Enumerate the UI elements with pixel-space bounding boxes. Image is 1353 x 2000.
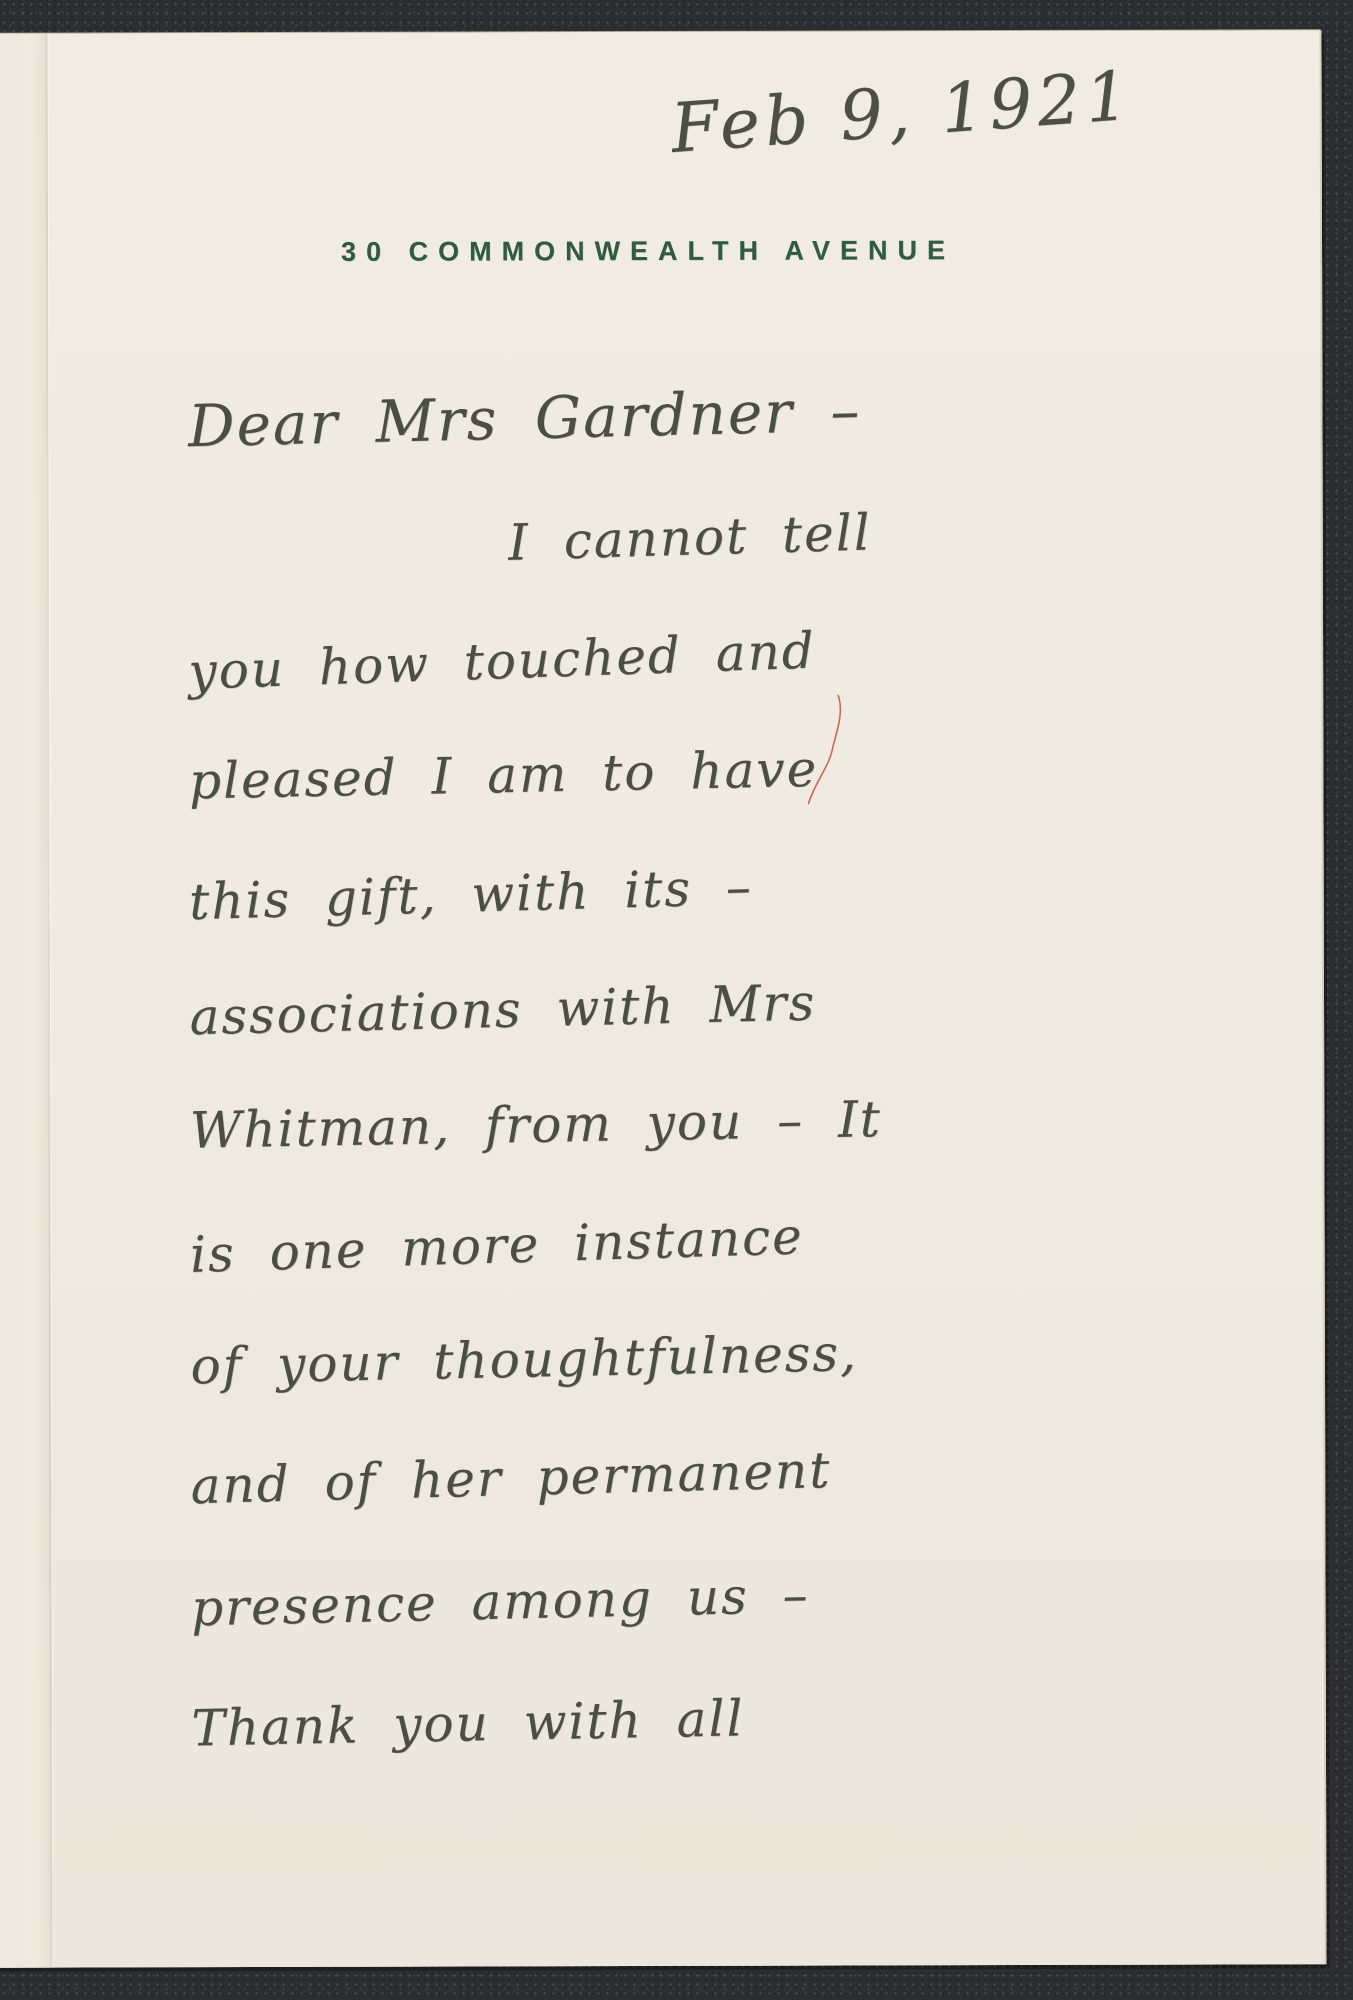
handwriting-line: presence among us – [190,1556,1252,1701]
folded-page-edge [0,34,51,1968]
handwriting-line: and of her permanent [190,1430,1253,1581]
letterhead-text: 30 COMMONWEALTH AVENUE [0,234,1320,269]
letter-body: Dear Mrs Gardner – I cannot tell you how… [188,378,1252,1808]
handwriting-line: associations with Mrs [189,963,1251,1105]
letter-paper: Feb 9, 1921 30 COMMONWEALTH AVENUE Dear … [0,30,1327,1968]
date-handwritten: Feb 9, 1921 [668,57,1136,169]
red-thread-artifact [792,691,852,831]
photo-background: Feb 9, 1921 30 COMMONWEALTH AVENUE Dear … [0,0,1353,2000]
handwriting-line: Thank you with all [191,1680,1253,1816]
